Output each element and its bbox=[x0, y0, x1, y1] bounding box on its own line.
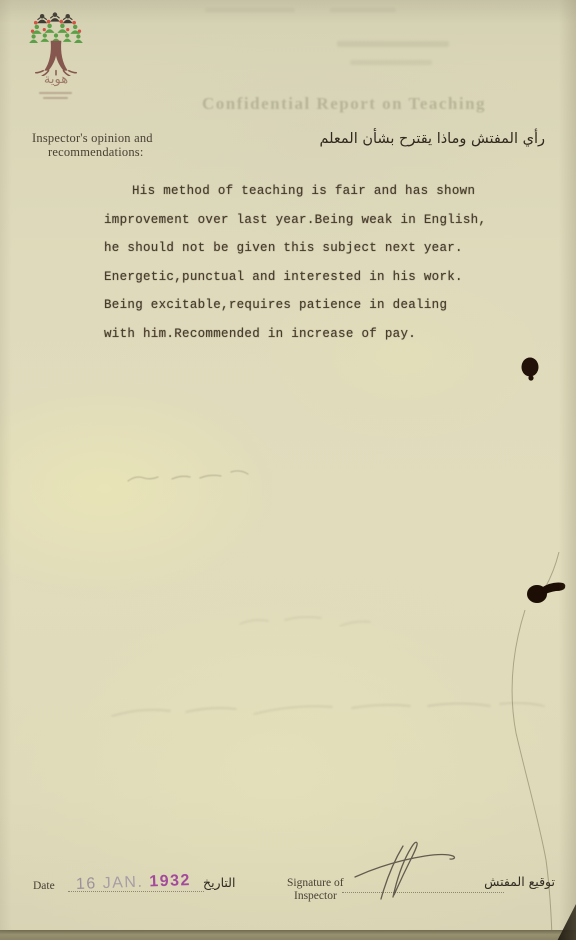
signature-label-arabic: توقيع المفتش bbox=[484, 874, 555, 889]
typed-line: His method of teaching is fair and has s… bbox=[104, 184, 494, 213]
typed-line: Energetic,punctual and interested in his… bbox=[104, 270, 494, 299]
logo-caption-line bbox=[43, 97, 68, 99]
stamp-day: 16 bbox=[76, 875, 97, 893]
stamp-year: 1932 bbox=[149, 872, 191, 890]
bleedthrough-header-line bbox=[337, 41, 449, 47]
handwriting-ghost bbox=[112, 703, 544, 716]
bleedthrough-mark bbox=[330, 8, 396, 12]
signature-label: Signature of Inspector bbox=[287, 877, 344, 902]
inspector-opinion-label-line1: Inspector's opinion and bbox=[32, 131, 153, 145]
signature-dotted-line bbox=[342, 891, 504, 893]
inspector-opinion-label-arabic: رأي المفتش وماذا يقترح بشأن المعلم bbox=[319, 131, 545, 147]
pencil-smudge bbox=[128, 471, 248, 481]
date-label-arabic: التاريخ bbox=[203, 875, 235, 890]
logo-caption-line bbox=[39, 92, 72, 94]
inspector-opinion-label-line2: recommendations: bbox=[48, 145, 153, 159]
archive-watermark-logo: هوية bbox=[24, 12, 88, 102]
typewritten-opinion-text: His method of teaching is fair and has s… bbox=[104, 184, 494, 356]
typed-line: with him.Recommended in increase of pay. bbox=[104, 327, 494, 356]
ink-blot bbox=[527, 583, 565, 603]
date-label: Date bbox=[33, 880, 55, 892]
bleedthrough-mark bbox=[205, 8, 295, 12]
document-page: هوية Confidential Report on Teaching Ins… bbox=[0, 0, 576, 940]
inspector-opinion-label: Inspector's opinion and recommendations: bbox=[32, 131, 153, 160]
signature-label-line2: Inspector bbox=[294, 890, 344, 903]
typed-line: improvement over last year.Being weak in… bbox=[104, 213, 494, 242]
logo-calligraphy: هوية bbox=[24, 72, 88, 87]
ink-blot bbox=[522, 358, 539, 381]
bleedthrough-subheader-line bbox=[350, 60, 432, 65]
signature-label-line1: Signature of bbox=[287, 877, 344, 890]
bleedthrough-title: Confidential Report on Teaching bbox=[202, 94, 522, 114]
stamp-month: JAN. bbox=[102, 874, 143, 892]
tree-people-icon bbox=[24, 12, 88, 76]
scan-bottom-edge bbox=[0, 930, 576, 940]
typed-line: Being excitable,requires patience in dea… bbox=[104, 298, 494, 327]
typed-line: he should not be given this subject next… bbox=[104, 241, 494, 270]
pencil-smudge bbox=[240, 617, 370, 626]
